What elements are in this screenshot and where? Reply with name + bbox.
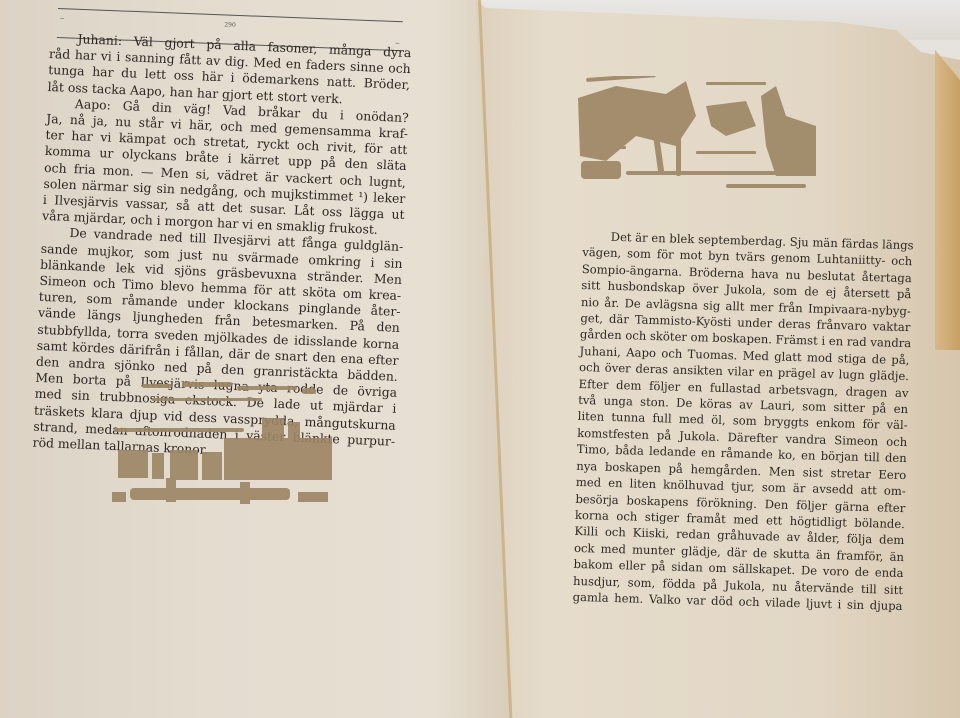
woodcut-forest-landscape-illustration xyxy=(576,76,816,196)
header-ornament-left: ~ xyxy=(59,15,64,22)
woodcut-lake-boat-illustration xyxy=(112,378,332,508)
page-edge-stack xyxy=(935,50,960,350)
page-number: 290 xyxy=(224,21,236,28)
right-page-text: Det är en blek septemberdag. Sju män fär… xyxy=(572,228,912,614)
